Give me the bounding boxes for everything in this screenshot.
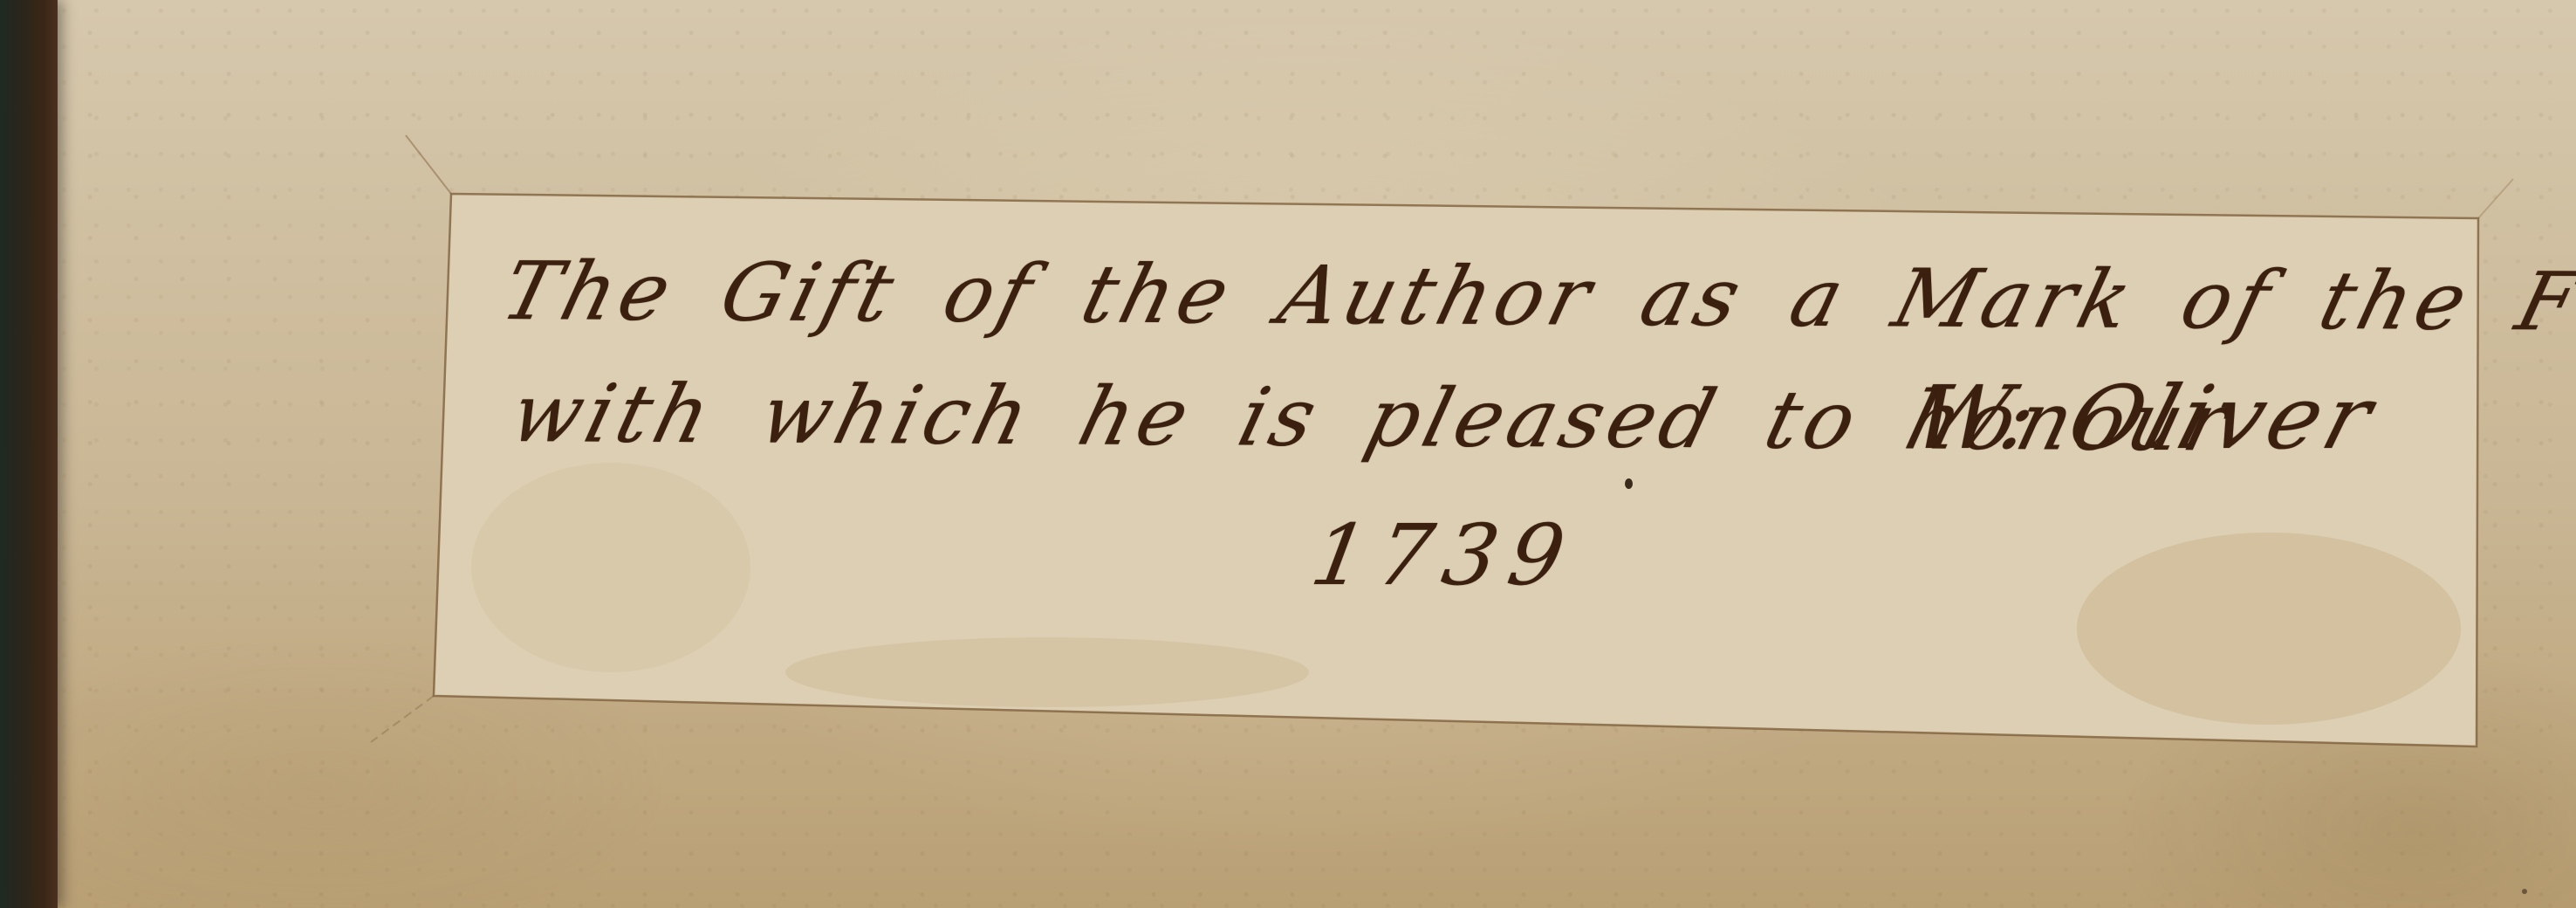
ink-speck [2522, 889, 2527, 894]
book-binding-edge [0, 0, 58, 908]
flyleaf-paper [58, 0, 2576, 908]
book-page-photo: The Gift of the Author as a Mark of the … [0, 0, 2576, 908]
ink-speck [1625, 478, 1633, 489]
